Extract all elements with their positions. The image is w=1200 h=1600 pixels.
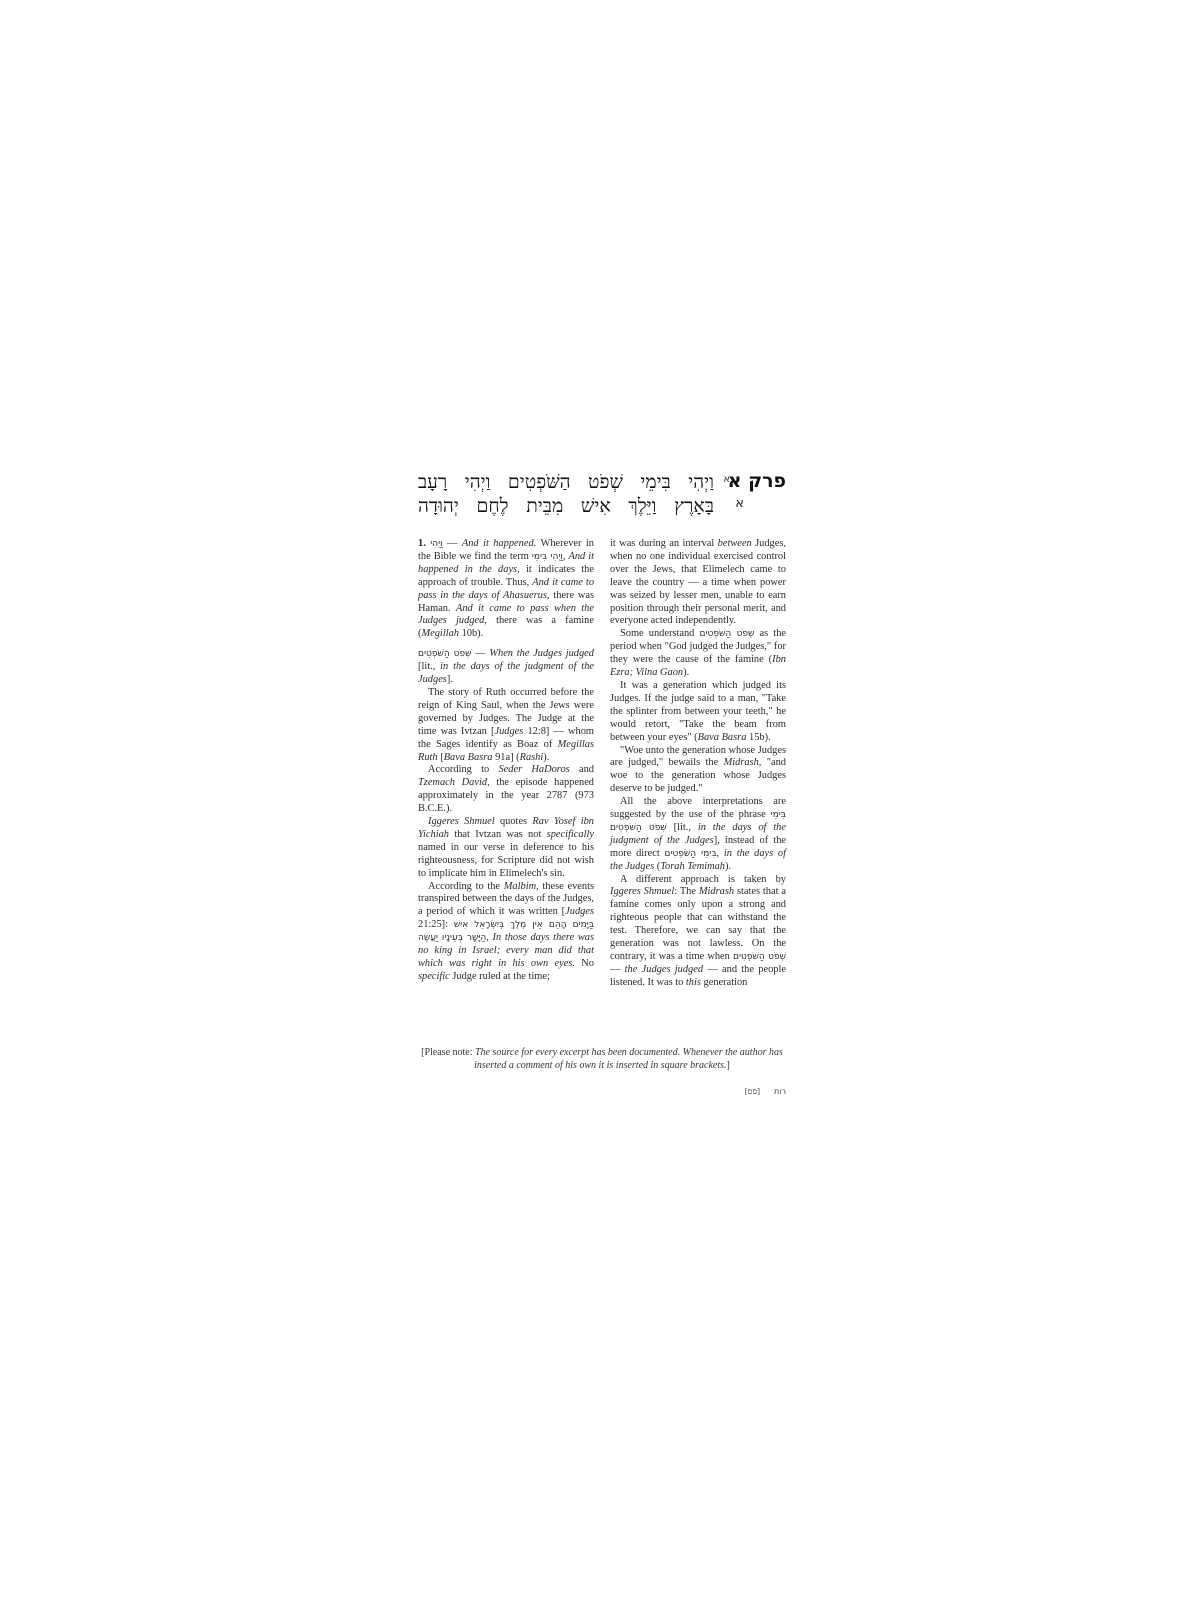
commentary-paragraph: A different approach is taken by Iggeres… — [610, 874, 786, 990]
comment-number: 1. — [418, 538, 426, 549]
page-number: [סס] — [745, 1086, 760, 1096]
commentary-paragraph: "Woe unto the generation whose Judges ar… — [610, 745, 786, 797]
commentary-paragraph: The story of Ruth occurred before the re… — [418, 687, 594, 764]
running-book-title: רות — [774, 1087, 786, 1096]
commentary-columns: 1. וַיְהִי — And it happened. Wherever i… — [418, 538, 786, 990]
editorial-note: [Please note: The source for every excer… — [418, 1046, 786, 1072]
commentary-paragraph: it was during an interval between Judges… — [610, 538, 786, 628]
commentary-paragraph: It was a generation which judged its Jud… — [610, 680, 786, 745]
commentary-paragraph: Some understand שְׁפֹט הַשֹּׁפְטִים as t… — [610, 628, 786, 680]
book-page: פרק א א א וַיְהִי בִּימֵי שְׁפֹט הַשֹּׁפ… — [418, 470, 786, 532]
verse-marker: א — [723, 474, 730, 485]
verse-line: בָּאָרֶץ וַיֵּלֶךְ אִישׁ מִבֵּית לֶחֶם י… — [418, 494, 714, 518]
commentary-paragraph: All the above interpretations are sugges… — [610, 796, 786, 873]
commentary-paragraph: Iggeres Shmuel quotes Rav Yosef ibn Yich… — [418, 816, 594, 881]
commentary-paragraph: According to the Malbim, these events tr… — [418, 881, 594, 984]
verse-block: פרק א א א וַיְהִי בִּימֵי שְׁפֹט הַשֹּׁפ… — [418, 470, 786, 532]
commentary-paragraph: שְׁפֹט הַשֹּׁפְטִים — When the Judges ju… — [418, 648, 594, 687]
page-footer: רות[סס] — [418, 1086, 786, 1096]
commentary-right-column: it was during an interval between Judges… — [610, 538, 786, 990]
chapter-verse-number: א — [735, 496, 744, 511]
commentary-paragraph: According to Seder HaDoros and Tzemach D… — [418, 764, 594, 816]
chapter-heading: פרק א — [726, 470, 786, 492]
hebrew-verse-text: וַיְהִי בִּימֵי שְׁפֹט הַשֹּׁפְטִים וַיְ… — [418, 470, 714, 518]
commentary-paragraph: 1. וַיְהִי — And it happened. Wherever i… — [418, 538, 594, 641]
commentary-left-column: 1. וַיְהִי — And it happened. Wherever i… — [418, 538, 594, 990]
verse-line: וַיְהִי בִּימֵי שְׁפֹט הַשֹּׁפְטִים וַיְ… — [418, 470, 714, 494]
